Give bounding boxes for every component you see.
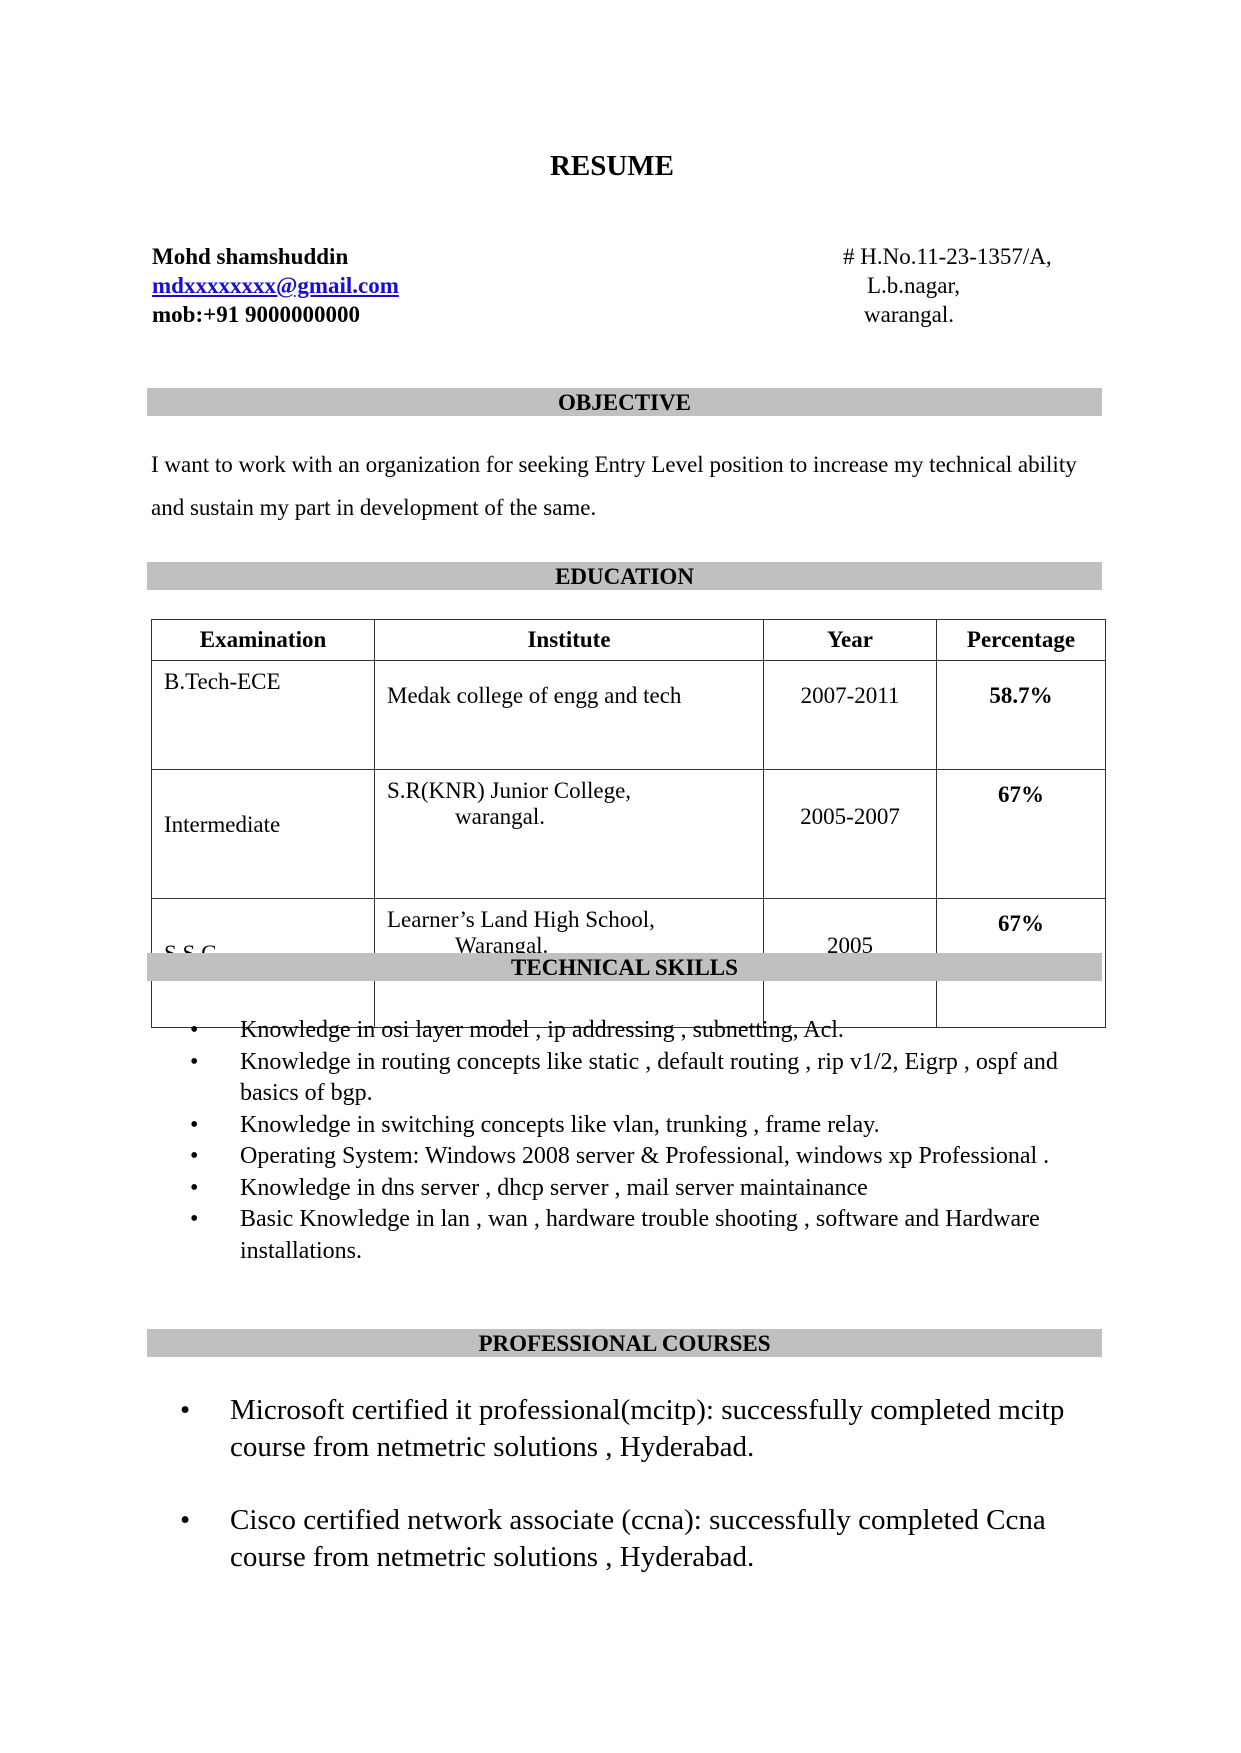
resume-title: RESUME	[0, 150, 1224, 183]
institute-cell: S.R(KNR) Junior College, warangal.	[375, 770, 764, 899]
list-item-text: Knowledge in routing concepts like stati…	[240, 1049, 1058, 1107]
email-link[interactable]: mdxxxxxxxx@gmail.com	[152, 273, 399, 298]
column-header: Examination	[152, 620, 375, 661]
column-header: Percentage	[937, 620, 1106, 661]
list-item-text: Knowledge in dns server , dhcp server , …	[240, 1175, 868, 1201]
year-cell: 2005-2007	[764, 770, 937, 899]
list-item: •Basic Knowledge in lan , wan , hardware…	[190, 1204, 1070, 1267]
table-row: B.Tech-ECE Medak college of engg and tec…	[152, 661, 1106, 770]
institute-city: warangal.	[375, 804, 763, 830]
bullet-icon: •	[190, 1204, 198, 1236]
skills-list: •Knowledge in osi layer model , ip addre…	[190, 1015, 1070, 1267]
institute-name: Medak college of engg and tech	[375, 683, 763, 709]
bullet-icon: •	[190, 1141, 198, 1173]
exam-cell: Intermediate	[152, 770, 375, 899]
list-item: •Knowledge in dns server , dhcp server ,…	[190, 1173, 1070, 1205]
address-line: L.b.nagar,	[843, 271, 1052, 300]
institute-name: S.R(KNR) Junior College,	[375, 778, 763, 804]
table-header-row: Examination Institute Year Percentage	[152, 620, 1106, 661]
column-header: Year	[764, 620, 937, 661]
list-item: •Operating System: Windows 2008 server &…	[190, 1141, 1070, 1173]
section-header-education: EDUCATION	[147, 562, 1102, 590]
percentage-cell: 67%	[937, 770, 1106, 899]
year-cell: 2007-2011	[764, 661, 937, 770]
section-header-professional-courses: PROFESSIONAL COURSES	[147, 1329, 1102, 1357]
list-item-text: Microsoft certified it professional(mcit…	[230, 1394, 1064, 1463]
bullet-icon: •	[190, 1047, 198, 1079]
percentage-cell: 58.7%	[937, 661, 1106, 770]
bullet-icon: •	[180, 1502, 190, 1539]
table-row: Intermediate S.R(KNR) Junior College, wa…	[152, 770, 1106, 899]
bullet-icon: •	[190, 1110, 198, 1142]
candidate-name: Mohd shamshuddin	[152, 242, 399, 271]
address-line: # H.No.11-23-1357/A,	[843, 242, 1052, 271]
address-line: warangal.	[843, 300, 1052, 329]
exam-cell: B.Tech-ECE	[152, 661, 375, 770]
list-item-text: Basic Knowledge in lan , wan , hardware …	[240, 1206, 1040, 1264]
bullet-icon: •	[190, 1015, 198, 1047]
list-item: •Knowledge in routing concepts like stat…	[190, 1047, 1070, 1110]
bullet-icon: •	[190, 1173, 198, 1205]
institute-name: Learner’s Land High School,	[375, 907, 763, 933]
list-item: •Cisco certified network associate (ccna…	[180, 1502, 1120, 1576]
list-item-text: Cisco certified network associate (ccna)…	[230, 1504, 1046, 1573]
address-block: # H.No.11-23-1357/A, L.b.nagar, warangal…	[843, 242, 1052, 329]
column-header: Institute	[375, 620, 764, 661]
list-item: •Knowledge in switching concepts like vl…	[190, 1110, 1070, 1142]
list-item: •Microsoft certified it professional(mci…	[180, 1392, 1120, 1466]
section-header-objective: OBJECTIVE	[147, 388, 1102, 416]
bullet-icon: •	[180, 1392, 190, 1429]
institute-cell: Medak college of engg and tech	[375, 661, 764, 770]
objective-text: I want to work with an organization for …	[151, 443, 1111, 529]
list-item: •Knowledge in osi layer model , ip addre…	[190, 1015, 1070, 1047]
list-item-text: Operating System: Windows 2008 server & …	[240, 1143, 1049, 1169]
section-header-technical-skills: TECHNICAL SKILLS	[147, 953, 1102, 981]
mobile-number: mob:+91 9000000000	[152, 300, 399, 329]
list-item-text: Knowledge in osi layer model , ip addres…	[240, 1017, 844, 1043]
list-item-text: Knowledge in switching concepts like vla…	[240, 1112, 880, 1138]
contact-block: Mohd shamshuddin mdxxxxxxxx@gmail.com mo…	[152, 242, 399, 329]
courses-list: •Microsoft certified it professional(mci…	[180, 1392, 1120, 1612]
